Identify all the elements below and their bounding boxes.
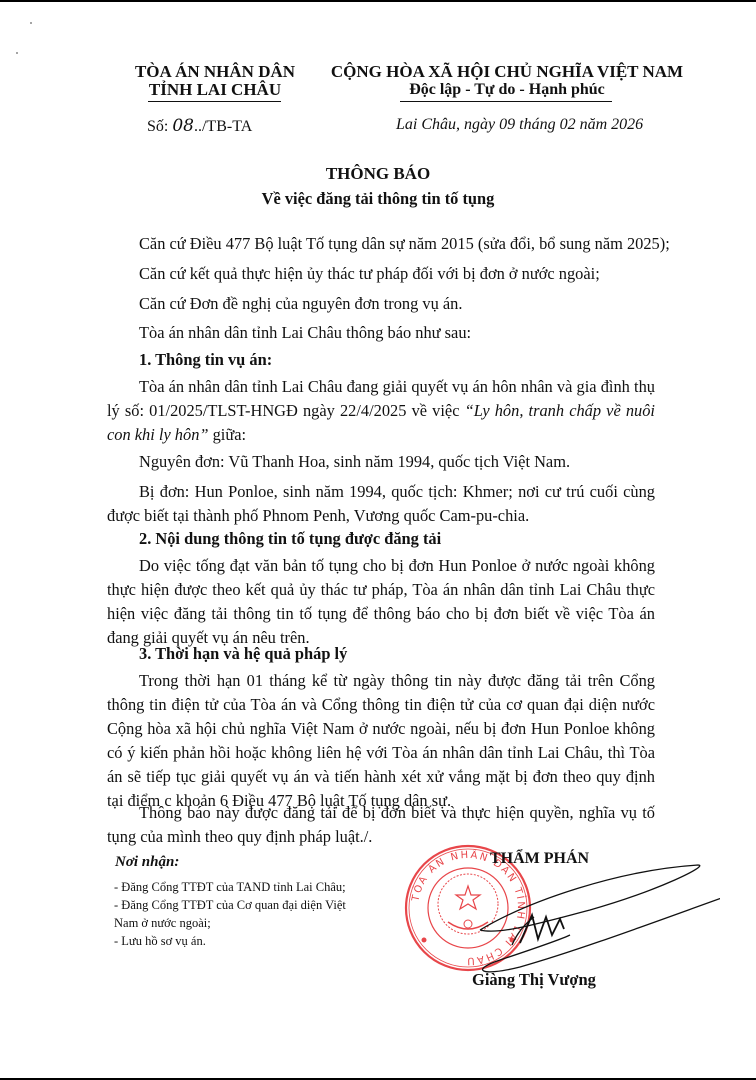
national-title: CỘNG HÒA XÃ HỘI CHỦ NGHĨA VIỆT NAM [318,62,696,82]
recipient-item: - Lưu hồ sơ vụ án. [114,932,206,950]
case-info-tail: giữa: [209,425,247,444]
scan-speck [30,22,32,24]
handwritten-number: 08 [172,116,194,136]
recipient-item: - Đăng Cổng TTĐT của Cơ quan đại diện Vi… [114,896,346,914]
section-1-heading: 1. Thông tin vụ án: [139,350,272,370]
document-title: THÔNG BÁO [0,164,756,184]
scan-edge-top [0,0,756,2]
motto-underline [400,101,612,102]
national-motto: Độc lập - Tự do - Hạnh phúc [318,81,696,99]
basis-3: Căn cứ Đơn đề nghị của nguyên đơn trong … [139,294,462,314]
number-prefix: Số: [147,118,172,135]
document-number: Số: 08../TB-TA [147,116,252,136]
section-2-paragraph: Do việc tống đạt văn bản tố tụng cho bị … [107,554,655,650]
number-suffix: ../TB-TA [194,118,252,135]
handwritten-signature [460,855,720,985]
signer-name: Giàng Thị Vượng [472,970,596,990]
section-3-paragraph: Trong thời hạn 01 tháng kể từ ngày thông… [107,669,655,813]
plaintiff-line: Nguyên đơn: Vũ Thanh Hoa, sinh năm 1994,… [107,450,655,474]
document-subtitle: Về việc đăng tải thông tin tố tụng [0,189,756,209]
court-province: TỈNH LAI CHÂU [110,80,320,100]
recipient-item: - Đăng Cổng TTĐT của TAND tỉnh Lai Châu; [114,878,346,896]
intro-line: Tòa án nhân dân tỉnh Lai Châu thông báo … [139,323,471,343]
defendant-line: Bị đơn: Hun Ponloe, sinh năm 1994, quốc … [107,480,655,528]
recipients-title: Nơi nhận: [115,854,179,871]
basis-1: Căn cứ Điều 477 Bộ luật Tố tụng dân sự n… [139,234,670,254]
closing-paragraph: Thông báo này được đăng tải để bị đơn bi… [107,801,655,849]
scan-speck [16,52,18,54]
court-name: TÒA ÁN NHÂN DÂN [110,62,320,82]
court-underline [148,101,281,102]
section-2-heading: 2. Nội dung thông tin tố tụng được đăng … [139,529,441,549]
section-3-heading: 3. Thời hạn và hệ quả pháp lý [139,644,347,664]
recipient-item: Nam ở nước ngoài; [114,914,211,932]
section-1-paragraph: Tòa án nhân dân tỉnh Lai Châu đang giải … [107,375,655,447]
basis-2: Căn cứ kết quả thực hiện ủy thác tư pháp… [139,264,600,284]
place-date: Lai Châu, ngày 09 tháng 02 năm 2026 [396,116,643,134]
